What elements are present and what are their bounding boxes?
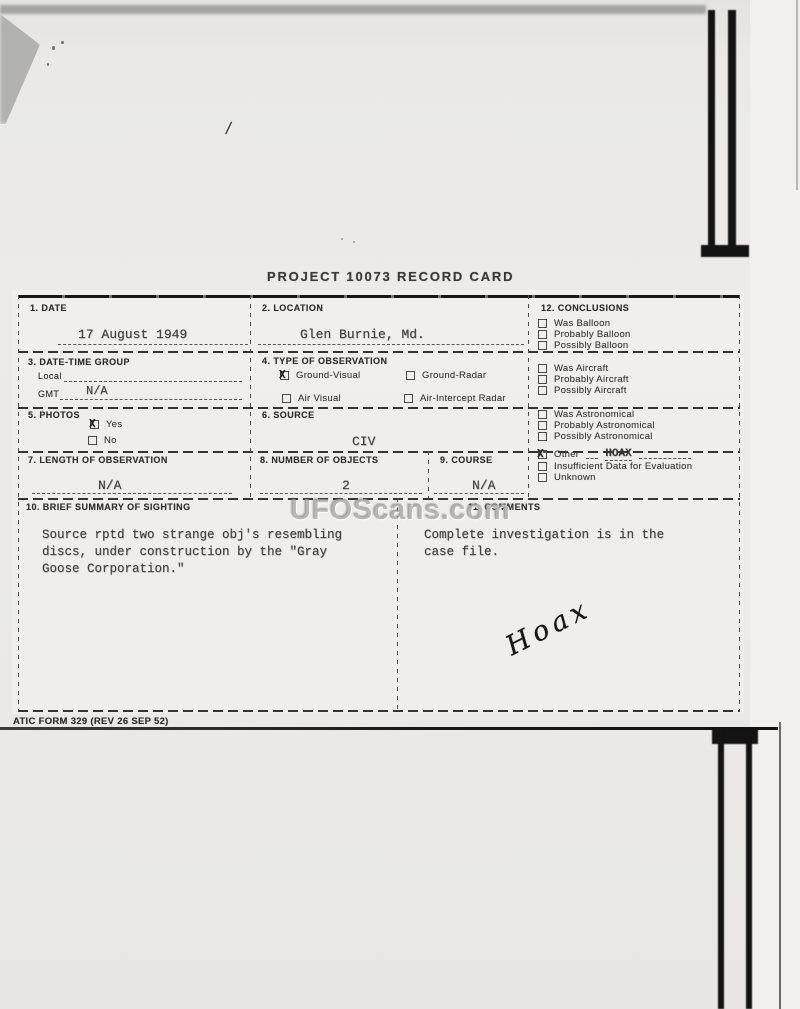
comments-line: case file. — [424, 545, 499, 559]
was-balloon-checkbox-icon — [538, 319, 547, 328]
conclusion-label: Probably Balloon — [554, 329, 631, 340]
conclusion-label: Probably Aircraft — [554, 374, 629, 385]
row-separator — [18, 351, 740, 353]
scan-right-margin — [750, 0, 800, 1009]
column-separator — [250, 295, 251, 498]
possibly-balloon-checkbox-icon — [538, 341, 547, 350]
conclusion-row: Probably Astronomical — [538, 420, 655, 431]
photos-label: 5. PHOTOS — [28, 410, 80, 420]
scan-speck — [52, 46, 55, 50]
summary-line: Goose Corporation." — [42, 562, 185, 576]
course-value: N/A — [472, 478, 495, 493]
date-label: 1. DATE — [30, 303, 67, 313]
summary-line: Source rptd two strange obj's resembling — [42, 528, 342, 542]
conclusion-row: Probably Aircraft — [538, 374, 629, 385]
obs-option-ground-radar: Ground-Radar — [406, 370, 486, 381]
obs-option-label: Ground-Radar — [422, 370, 486, 381]
insufficient-data-checkbox-icon — [538, 462, 547, 471]
type-of-observation-label: 4. TYPE OF OBSERVATION — [262, 356, 387, 366]
course-label: 9. COURSE — [440, 455, 493, 465]
binding-mark-top-left-bar — [708, 10, 715, 250]
date-value: 17 August 1949 — [78, 327, 187, 342]
local-label: Local — [38, 371, 62, 381]
conclusion-label: Other — [554, 449, 579, 460]
obs-option-label: Ground-Visual — [296, 370, 360, 381]
other-leader-line — [639, 450, 691, 459]
card-left-border — [18, 295, 19, 710]
ground-visual-checkbox-icon: X — [280, 371, 289, 380]
conclusion-label: Was Astronomical — [554, 409, 634, 420]
gmt-rule-line — [60, 399, 242, 400]
conclusion-row: Possibly Aircraft — [538, 385, 627, 396]
scan-speck — [47, 63, 49, 66]
conclusion-row: Probably Balloon — [538, 329, 631, 340]
conclusion-label: Was Aircraft — [554, 363, 608, 374]
number-of-objects-label: 8. NUMBER OF OBJECTS — [260, 455, 379, 465]
page-bottom-edge-line — [0, 727, 778, 730]
conclusions-label: 12. CONCLUSIONS — [541, 303, 629, 313]
scan-speck — [61, 41, 64, 44]
source-value: CIV — [352, 434, 375, 449]
conclusion-row: Possibly Astronomical — [538, 431, 653, 442]
length-rule-line — [32, 493, 232, 494]
conclusion-label: Was Balloon — [554, 318, 610, 329]
binding-mark-top-right-bar — [728, 10, 736, 250]
conclusion-row: Was Astronomical — [538, 409, 634, 420]
other-checkbox-icon: X — [538, 450, 547, 459]
card-title: PROJECT 10073 RECORD CARD — [267, 269, 514, 284]
conclusion-row: Was Balloon — [538, 318, 610, 329]
unknown-checkbox-icon — [538, 473, 547, 482]
air-visual-checkbox-icon — [282, 394, 291, 403]
comments-line: Complete investigation is in the — [424, 528, 664, 542]
photos-option-label: No — [104, 435, 117, 446]
card-top-border — [18, 295, 740, 298]
gmt-label: GMT — [38, 389, 59, 399]
scan-right-edge-line-bottom — [779, 722, 781, 1009]
card-right-border — [739, 295, 740, 710]
obs-option-label: Air-Intercept Radar — [420, 393, 506, 404]
conclusion-row: Insufficient Data for Evaluation — [538, 461, 692, 472]
summary-line: discs, under construction by the "Gray — [42, 545, 327, 559]
probably-astronomical-checkbox-icon — [538, 421, 547, 430]
conclusion-label: Possibly Astronomical — [554, 431, 653, 442]
location-value: Glen Burnie, Md. — [300, 327, 425, 342]
possibly-aircraft-checkbox-icon — [538, 386, 547, 395]
number-of-objects-value: 2 — [342, 478, 350, 493]
conclusion-row: Unknown — [538, 472, 596, 483]
was-astronomical-checkbox-icon — [538, 410, 547, 419]
brief-summary-label: 10. BRIEF SUMMARY OF SIGHTING — [26, 502, 191, 512]
scan-speck — [353, 241, 355, 243]
scanned-document-page: / PROJECT 10073 RECORD CARD 1. DATE 17 A… — [0, 0, 800, 1009]
probably-aircraft-checkbox-icon — [538, 375, 547, 384]
conclusion-label: Probably Astronomical — [554, 420, 655, 431]
location-rule-line — [258, 344, 524, 345]
conclusion-row: Possibly Balloon — [538, 340, 629, 351]
conclusion-row: Was Aircraft — [538, 363, 608, 374]
other-value: HOAX — [605, 448, 631, 461]
handwritten-slash-mark: / — [225, 118, 233, 138]
source-label: 6. SOURCE — [262, 410, 315, 420]
location-label: 2. LOCATION — [262, 303, 323, 313]
scan-left-edge-shadow — [0, 14, 40, 124]
conclusion-row-other: X Other HOAX — [538, 449, 691, 460]
obs-option-label: Air Visual — [298, 393, 341, 404]
photos-option-no: No — [88, 435, 117, 446]
scan-right-edge-line-top — [796, 0, 798, 190]
length-of-observation-value: N/A — [98, 478, 121, 493]
gmt-value: N/A — [86, 384, 108, 398]
possibly-astronomical-checkbox-icon — [538, 432, 547, 441]
photos-no-checkbox-icon — [88, 436, 97, 445]
obs-option-air-intercept-radar: Air-Intercept Radar — [404, 393, 506, 404]
probably-balloon-checkbox-icon — [538, 330, 547, 339]
date-rule-line — [58, 344, 248, 345]
binding-mark-bottom-left-bar — [718, 729, 724, 1009]
photos-option-label: Yes — [106, 419, 122, 430]
conclusion-label: Insufficient Data for Evaluation — [554, 461, 692, 472]
photos-option-yes: X Yes — [90, 419, 122, 430]
summary-comments-separator — [397, 498, 398, 710]
card-bottom-border — [18, 710, 740, 712]
binding-mark-top-base — [701, 245, 749, 257]
conclusion-label: Possibly Aircraft — [554, 385, 627, 396]
form-number-label: ATIC FORM 329 (REV 26 SEP 52) — [13, 716, 169, 727]
length-of-observation-label: 7. LENGTH OF OBSERVATION — [28, 455, 168, 465]
air-intercept-radar-checkbox-icon — [404, 394, 413, 403]
other-leader-line — [586, 450, 598, 459]
scan-speck — [341, 238, 343, 240]
conclusions-separator — [528, 295, 529, 498]
obs-option-ground-visual: X Ground-Visual — [280, 370, 360, 381]
conclusion-label: Possibly Balloon — [554, 340, 629, 351]
watermark-text: UFOScans.com — [290, 494, 510, 527]
number-course-separator — [428, 451, 429, 498]
conclusion-label: Unknown — [554, 472, 596, 483]
ground-radar-checkbox-icon — [406, 371, 415, 380]
date-time-group-label: 3. DATE-TIME GROUP — [28, 357, 130, 367]
obs-option-air-visual: Air Visual — [282, 393, 341, 404]
was-aircraft-checkbox-icon — [538, 364, 547, 373]
local-rule-line — [64, 381, 242, 382]
photos-yes-checkbox-icon: X — [90, 420, 99, 429]
binding-mark-bottom-right-bar — [746, 729, 752, 1009]
scan-top-edge-shadow — [0, 5, 706, 14]
